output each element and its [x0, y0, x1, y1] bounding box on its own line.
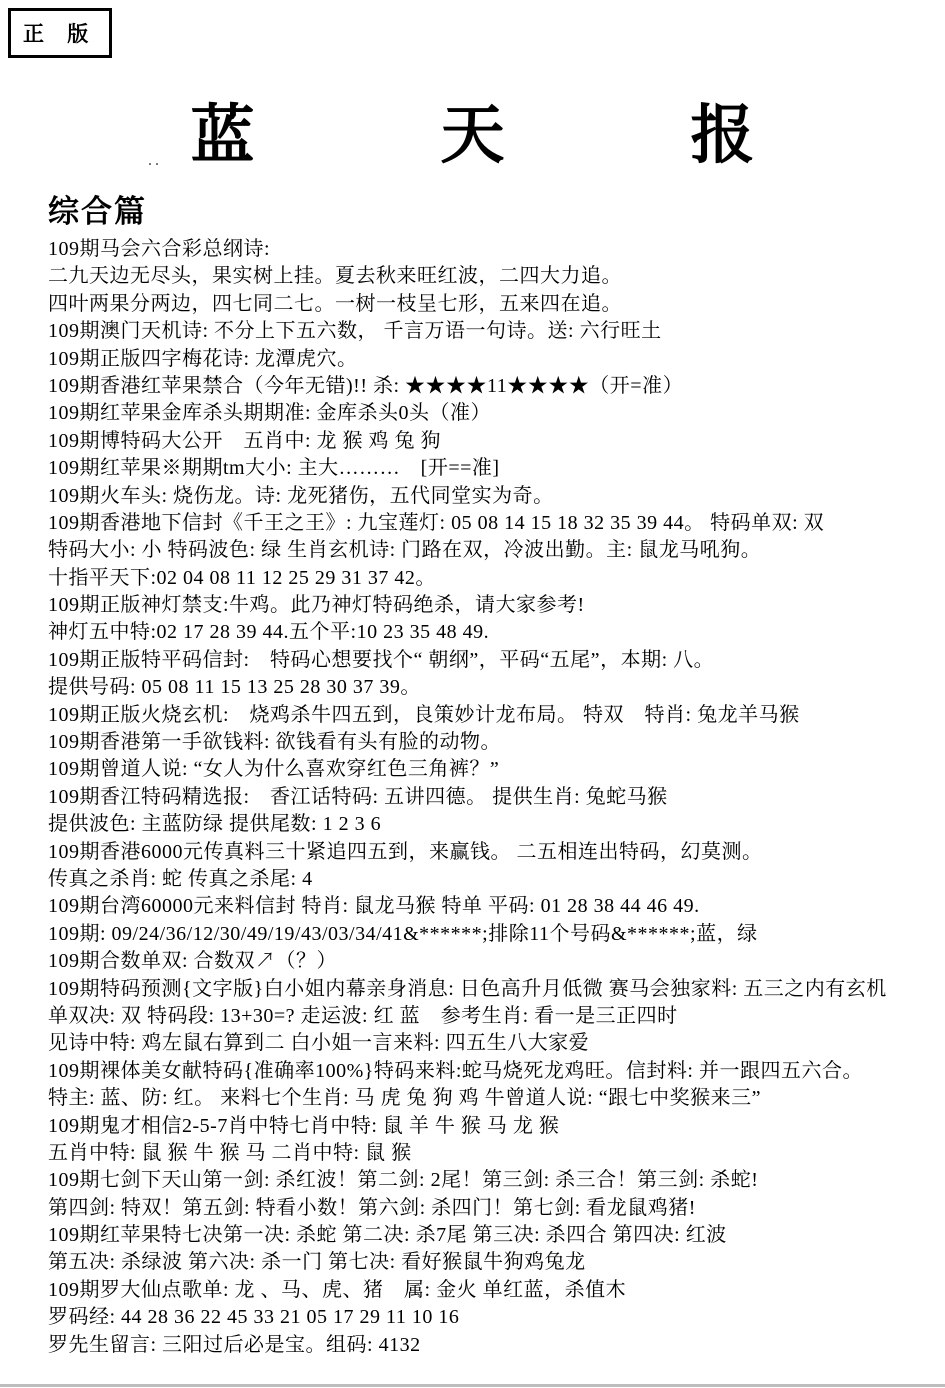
text-line: 109期裸体美女献特码{准确率100%}特码来料:蛇马烧死龙鸡旺。信封料: 并一…: [48, 1058, 937, 1085]
text-line: 神灯五中特:02 17 28 39 44.五个平:10 23 35 48 49.: [48, 619, 937, 646]
text-line: 109期七剑下天山第一剑: 杀红波！第二剑: 2尾！第三剑: 杀三合！第三剑: …: [48, 1167, 937, 1194]
text-line: 传真之杀肖: 蛇 传真之杀尾: 4: [48, 866, 937, 893]
text-line: 109期香港第一手欲钱料: 欲钱看有头有脸的动物。: [48, 729, 937, 756]
text-line: 第五决: 杀绿波 第六决: 杀一门 第七决: 看好猴鼠牛狗鸡兔龙: [48, 1249, 937, 1276]
text-line: 109期正版四字梅花诗: 龙潭虎穴。: [48, 346, 937, 373]
text-line: 109期罗大仙点歌单: 龙 、马、虎、猪 属: 金火 单红蓝，杀值木: [48, 1277, 937, 1304]
text-line: 109期红苹果金库杀头期期准: 金库杀头0头（准）: [48, 400, 937, 427]
text-line: 109期: 09/24/36/12/30/49/19/43/03/34/41&*…: [48, 921, 937, 948]
text-line: 109期正版特平码信封: 特码心想要找个“ 朝纲”，平码“五尾”，本期: 八。: [48, 647, 937, 674]
text-line: 罗码经: 44 28 36 22 45 33 21 05 17 29 11 10…: [48, 1304, 937, 1331]
text-line: 109期正版神灯禁支:牛鸡。此乃神灯特码绝杀，请大家参考!: [48, 592, 937, 619]
newspaper-page: 正 版 蓝 天 报 .. 综合篇 109期马会六合彩总纲诗:二九天边无尽头，果实…: [0, 0, 945, 1388]
text-line: 五肖中特: 鼠 猴 牛 猴 马 二肖中特: 鼠 猴: [48, 1140, 937, 1167]
text-line: 109期曾道人说: “女人为什么喜欢穿红色三角裤？”: [48, 756, 937, 783]
text-line: 提供波色: 主蓝防绿 提供尾数: 1 2 3 6: [48, 811, 937, 838]
decorative-dots: ..: [148, 152, 162, 170]
text-line: 109期澳门天机诗: 不分上下五六数， 千言万语一句诗。送: 六行旺土: [48, 318, 937, 345]
page-title: 蓝 天 报: [0, 84, 945, 176]
text-line: 见诗中特: 鸡左鼠右算到二 白小姐一言来料: 四五生八大家爱: [48, 1030, 937, 1057]
text-line: 109期马会六合彩总纲诗:: [48, 236, 937, 263]
text-line: 109期火车头: 烧伤龙。诗: 龙死猪伤，五代同堂实为奇。: [48, 483, 937, 510]
text-line: 单双决: 双 特码段: 13+30=? 走运波: 红 蓝 参考生肖: 看一是三正…: [48, 1003, 937, 1030]
text-line: 109期特码预测{文字版}白小姐内幕亲身消息: 日色高升月低微 赛马会独家料: …: [48, 976, 937, 1003]
authenticity-badge: 正 版: [8, 8, 112, 58]
section-heading: 综合篇: [48, 186, 147, 231]
text-line: 109期台湾60000元来料信封 特肖: 鼠龙马猴 特单 平码: 01 28 3…: [48, 893, 937, 920]
text-line: 109期香港红苹果禁合（今年无错)!! 杀: ★★★★11★★★★（开=准）: [48, 373, 937, 400]
text-line: 109期香港6000元传真料三十紧追四五到，来赢钱。 二五相连出特码，幻莫测。: [48, 839, 937, 866]
footer-rule: [0, 1384, 945, 1387]
text-line: 109期红苹果特七决第一决: 杀蛇 第二决: 杀7尾 第三决: 杀四合 第四决:…: [48, 1222, 937, 1249]
text-line: 109期博特码大公开 五肖中: 龙 猴 鸡 兔 狗: [48, 428, 937, 455]
text-line: 四叶两果分两边，四七同二七。一树一枝呈七形，五来四在追。: [48, 291, 937, 318]
text-line: 二九天边无尽头，果实树上挂。夏去秋来旺红波，二四大力追。: [48, 263, 937, 290]
text-line: 十指平天下:02 04 08 11 12 25 29 31 37 42。: [48, 565, 937, 592]
text-line: 109期合数单双: 合数双↗（？）: [48, 948, 937, 975]
text-line: 109期正版火烧玄机: 烧鸡杀牛四五到，良策妙计龙布局。 特双 特肖: 兔龙羊马…: [48, 702, 937, 729]
text-line: 罗先生留言: 三阳过后必是宝。组码: 4132: [48, 1332, 937, 1359]
text-line: 109期香江特码精选报: 香江话特码: 五讲四德。 提供生肖: 兔蛇马猴: [48, 784, 937, 811]
content-lines: 109期马会六合彩总纲诗:二九天边无尽头，果实树上挂。夏去秋来旺红波，二四大力追…: [48, 236, 937, 1359]
text-line: 提供号码: 05 08 11 15 13 25 28 30 37 39。: [48, 674, 937, 701]
text-line: 109期鬼才相信2-5-7肖中特七肖中特: 鼠 羊 牛 猴 马 龙 猴: [48, 1113, 937, 1140]
text-line: 特主: 蓝、防: 红。 来料七个生肖: 马 虎 兔 狗 鸡 牛曾道人说: “跟七…: [48, 1085, 937, 1112]
text-line: 第四剑: 特双！第五剑: 特看小数！第六剑: 杀四门！第七剑: 看龙鼠鸡猪!: [48, 1195, 937, 1222]
text-line: 109期红苹果※期期tm大小: 主大……… [开==准]: [48, 455, 937, 482]
text-line: 109期香港地下信封《千王之王》: 九宝莲灯: 05 08 14 15 18 3…: [48, 510, 937, 537]
text-line: 特码大小: 小 特码波色: 绿 生肖玄机诗: 门路在双，冷波出勤。主: 鼠龙马吼…: [48, 537, 937, 564]
